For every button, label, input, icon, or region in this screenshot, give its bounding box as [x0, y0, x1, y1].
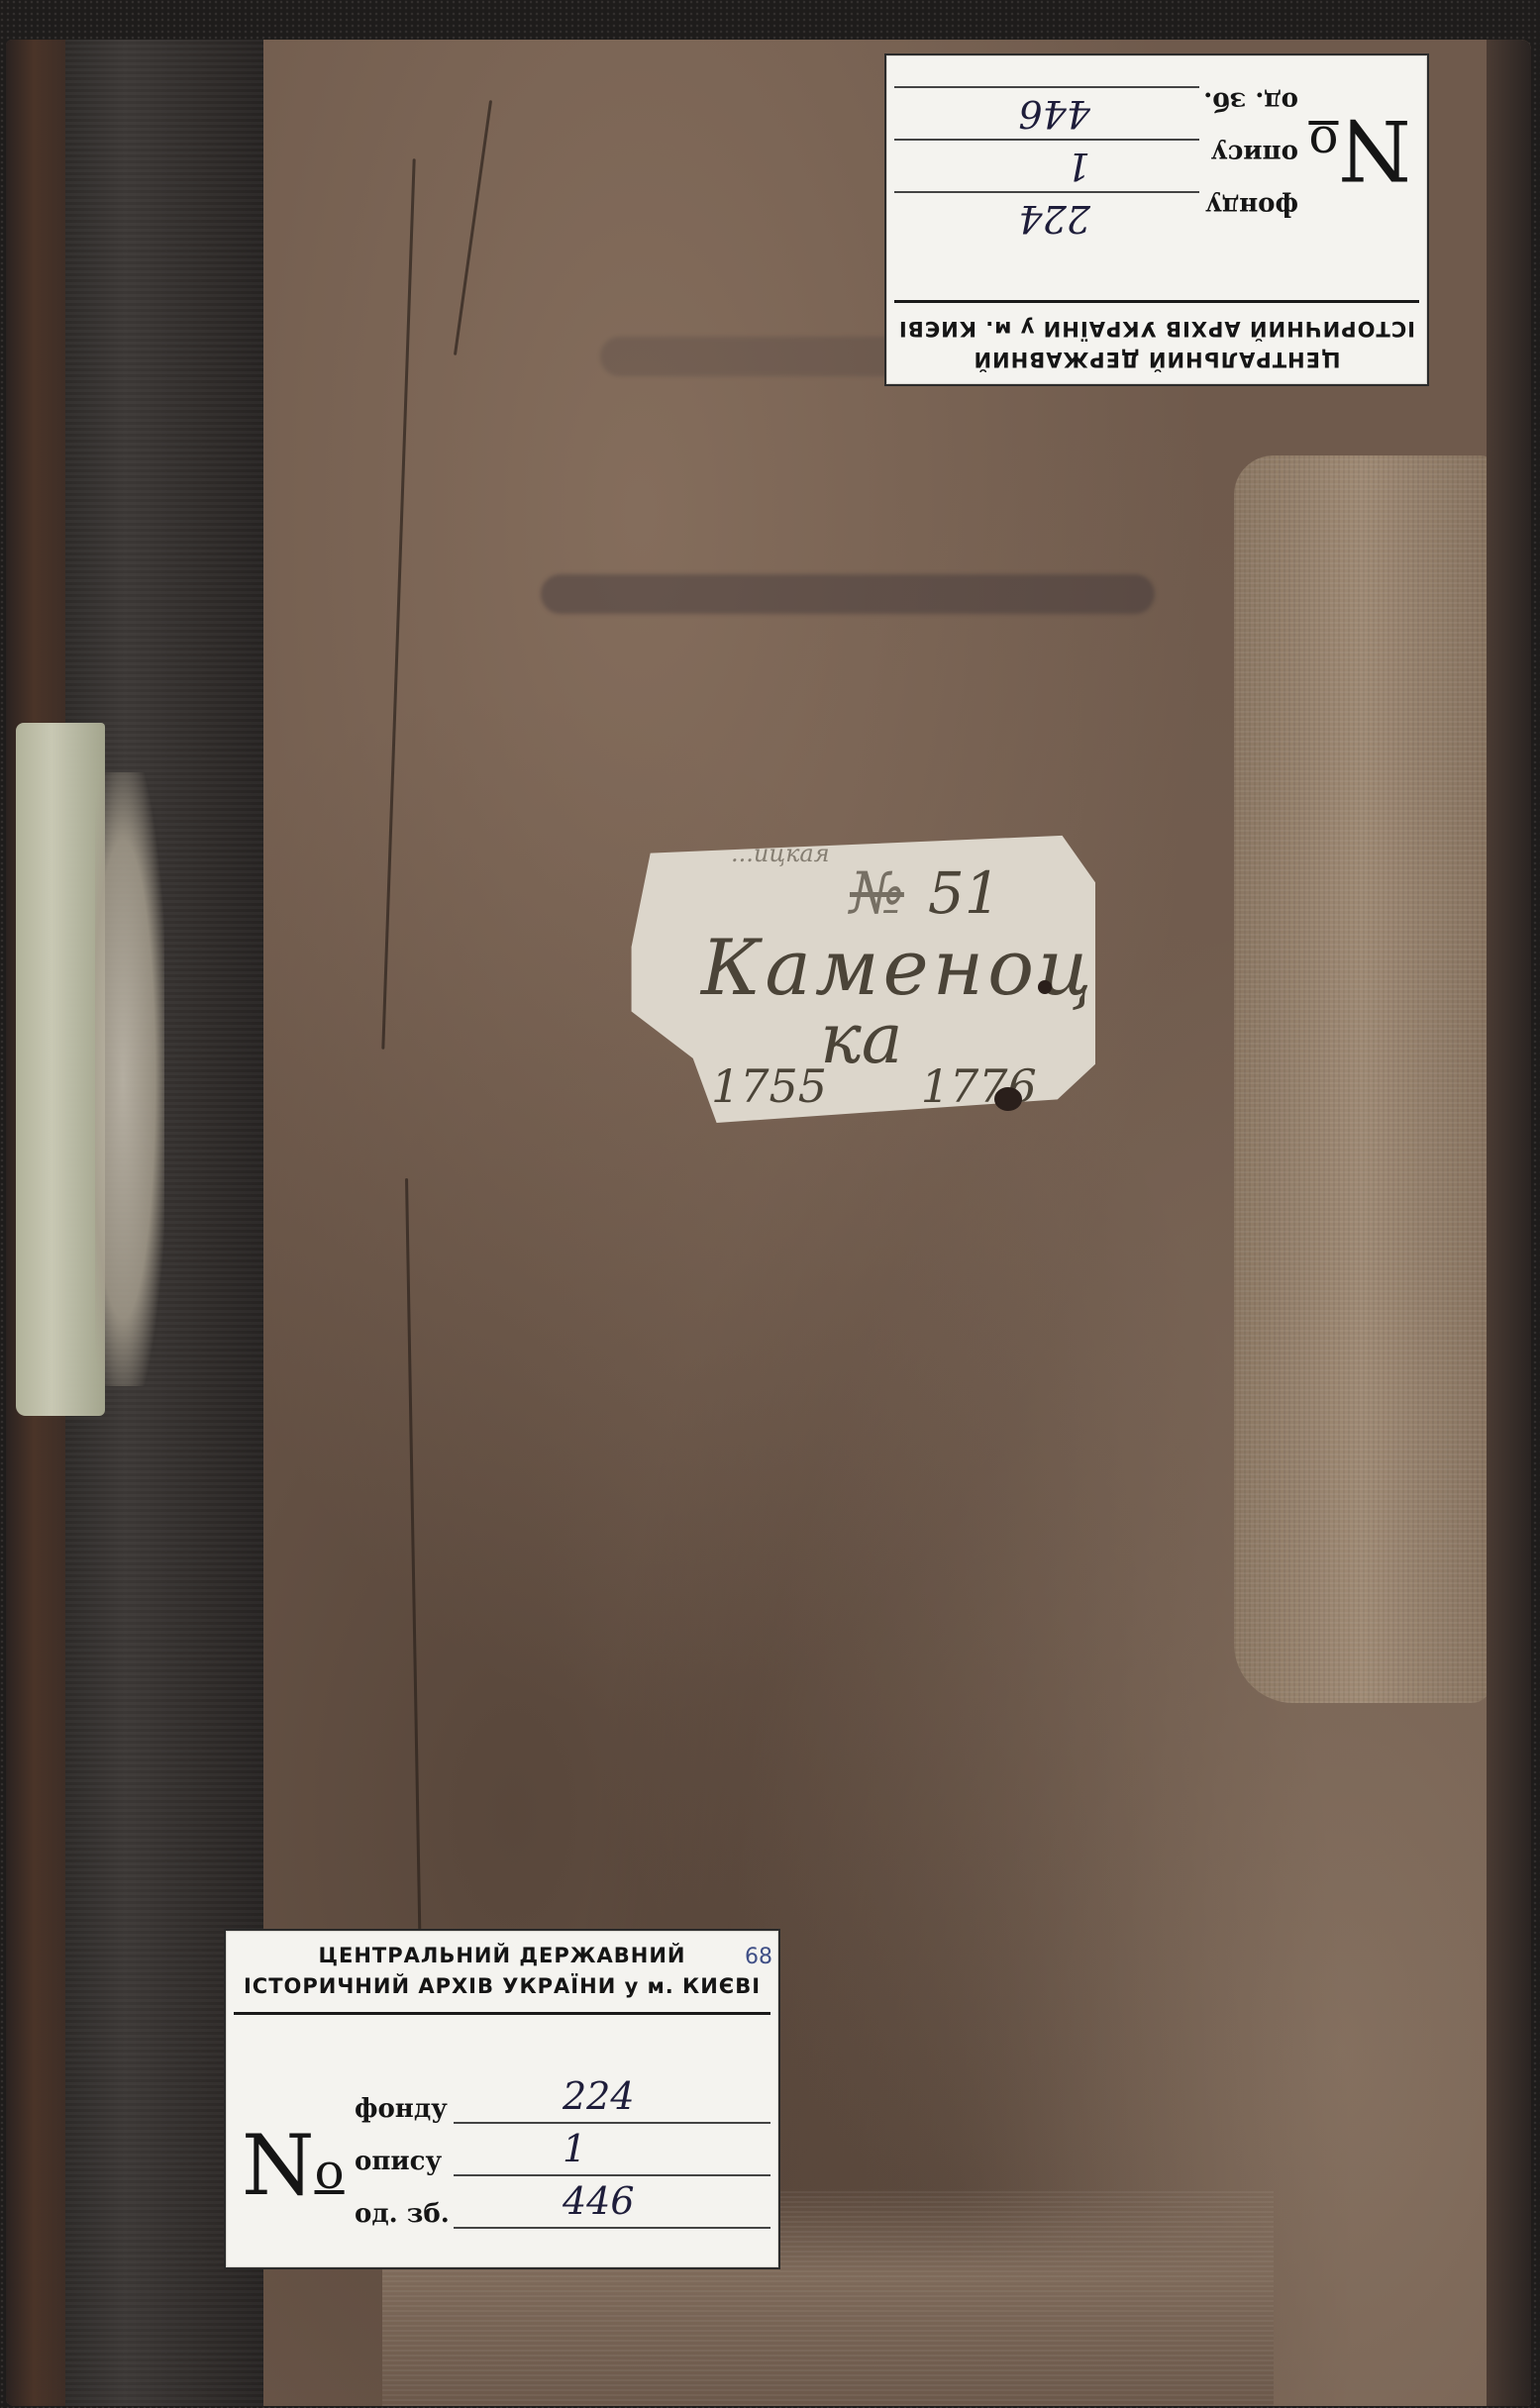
field-od-zb: од. зб. 446	[355, 2179, 770, 2229]
numero-sign: No	[1308, 102, 1411, 191]
ink-blot	[1038, 980, 1052, 994]
field-label: фонду	[355, 2094, 454, 2124]
label-body: No фонду 224 опису 1 од. зб. 446	[886, 62, 1427, 300]
field-value: 446	[454, 2179, 770, 2229]
ink-blot	[994, 1087, 1022, 1111]
field-value: 446	[894, 86, 1199, 136]
field-od-zb: од. зб. 446	[894, 86, 1298, 136]
field-label: опису	[1199, 139, 1298, 168]
field-value: 1	[894, 139, 1199, 188]
label-header: ЦЕНТРАЛЬНИЙ ДЕРЖАВНИЙ ІСТОРИЧНИЙ АРХІВ У…	[234, 1931, 770, 2015]
label-header: ЦЕНТРАЛЬНИЙ ДЕРЖАВНИЙ ІСТОРИЧНИЙ АРХІВ У…	[894, 300, 1419, 384]
field-fond: фонду 224	[894, 191, 1298, 241]
field-label: опису	[355, 2147, 454, 2176]
archive-label-bottom: 68 ЦЕНТРАЛЬНИЙ ДЕРЖАВНИЙ ІСТОРИЧНИЙ АРХІ…	[224, 1929, 780, 2269]
label-body: No фонду 224 опису 1 од. зб. 446	[226, 2015, 778, 2253]
field-value: 224	[894, 191, 1199, 241]
label-header-line2: ІСТОРИЧНИЙ АРХІВ УКРАЇНИ у м. КИЄВІ	[894, 313, 1419, 344]
spine-repair-tape	[16, 723, 105, 1416]
faded-inscription	[541, 574, 1155, 614]
cover-right-edge	[1487, 40, 1531, 2406]
field-opys: опису 1	[894, 139, 1298, 188]
field-opys: опису 1	[355, 2127, 770, 2176]
field-label: фонду	[1199, 191, 1298, 221]
archive-label-top: ЦЕНТРАЛЬНИЙ ДЕРЖАВНИЙ ІСТОРИЧНИЙ АРХІВ У…	[884, 53, 1429, 386]
pencil-note: 68	[745, 1945, 772, 1969]
label-header-line1: ЦЕНТРАЛЬНИЙ ДЕРЖАВНИЙ	[894, 344, 1419, 374]
torn-cloth-edge	[1234, 455, 1491, 1703]
field-value: 1	[454, 2127, 770, 2176]
numero-sign: No	[242, 2124, 345, 2213]
field-label: од. зб.	[1199, 86, 1298, 116]
label-header-line2: ІСТОРИЧНИЙ АРХІВ УКРАЇНИ у м. КИЄВІ	[234, 1971, 770, 2002]
label-header-line1: ЦЕНТРАЛЬНИЙ ДЕРЖАВНИЙ	[234, 1941, 770, 1971]
field-fond: фонду 224	[355, 2074, 770, 2124]
old-label-number: №51	[850, 859, 1001, 927]
field-label: од. зб.	[355, 2199, 454, 2229]
field-value: 224	[454, 2074, 770, 2124]
spine-worn-patch	[95, 772, 164, 1386]
